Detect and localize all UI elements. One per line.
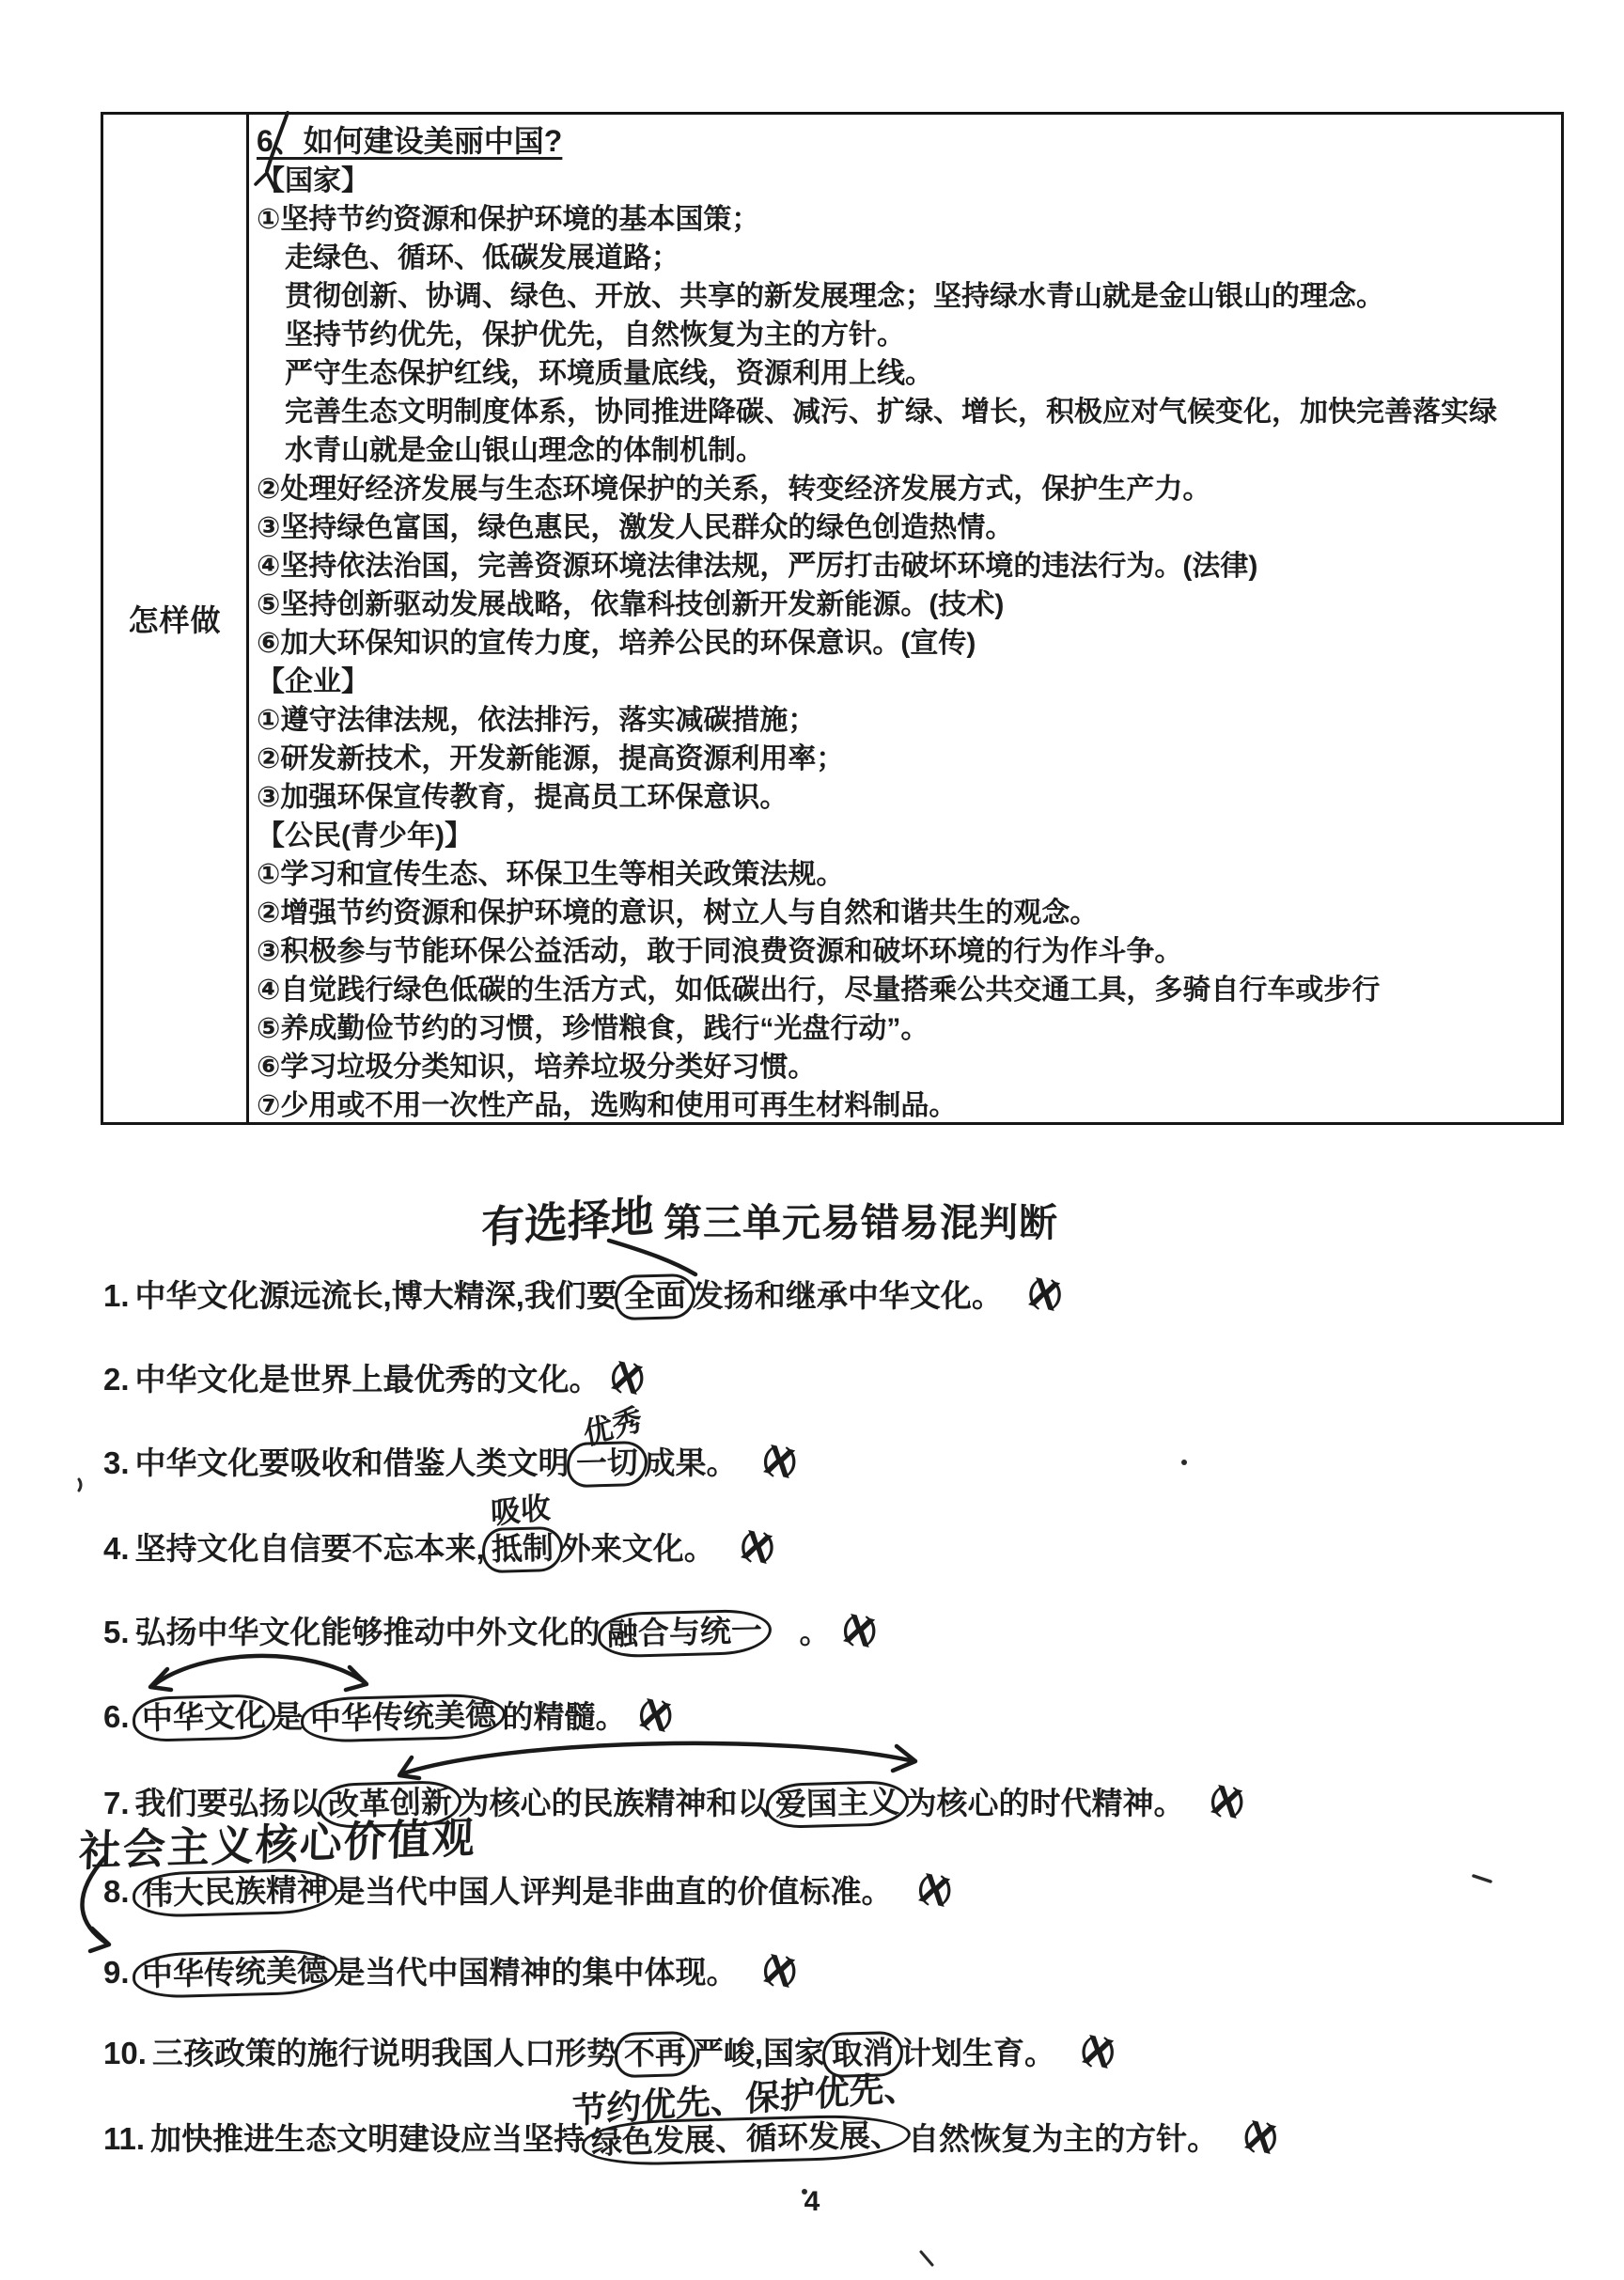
question-6: 6.中华文化是中华传统美德的精髓。（X） [103,1697,691,1737]
circled-word: 融合与统一 [597,1609,772,1659]
handwritten-x: X [1213,1799,1240,1805]
table-line: 【国家】 [257,162,1554,200]
table-line: 严守生态保护红线，环境质量底线，资源利用上线。 [257,354,1554,393]
handwritten-x: X [766,1459,792,1465]
judgment-section-heading: 有选择地 第三单元易错易混判断 [481,1192,1058,1250]
handwritten-x: X [846,1628,872,1634]
table-line: ②研发新技术，开发新能源，提高资源利用率； [257,740,1554,778]
question-8: 8.伟大民族精神是当代中国人评判是非曲直的价值标准。（X） [103,1872,970,1912]
handwritten-note: 有选择地 [481,1181,655,1256]
circled-word: 伟大民族精神 [132,1867,337,1918]
table-line: ⑤坚持创新驱动发展战略，依靠科技创新开发新能源。(技术) [257,586,1554,624]
handwritten-x: X [766,1968,792,1975]
study-notes-table: 怎样做 6、如何建设美丽中国? 【国家】 ①坚持节约资源和保护环境的基本国策； … [101,112,1564,1125]
table-line: ⑥加大环保知识的宣传力度，培养公民的环保意识。(宣传) [257,624,1554,663]
question-3: 3.中华文化要吸收和借鉴人类文明优秀一切成果。（X） [103,1444,815,1483]
handwritten-note-q8: 社会主义核心价值观 [78,1804,477,1879]
question-10: 10.三孩政策的施行说明我国人口形势不再严峻,国家取消计划生育。（X） [103,2034,1133,2073]
handwritten-x: X [743,1544,770,1551]
table-line: 完善生态文明制度体系，协同推进降碳、减污、扩绿、增长，积极应对气候变化，加快完善… [257,393,1554,431]
circled-word: 中华传统美德 [300,1693,506,1743]
table-line: ④坚持依法治国，完善资源环境法律法规，严厉打击破坏环境的违法行为。(法律) [257,547,1554,586]
table-line: 坚持节约优先，保护优先，自然恢复为主的方针。 [257,316,1554,354]
circled-word: 爱国主义 [765,1780,909,1829]
answer-mark: （X） [1078,2036,1133,2070]
row-label: 怎样做 [128,597,221,640]
answer-mark: （X） [738,1531,793,1566]
table-line: ①遵守法律法规，依法排污，落实减碳措施； [257,701,1554,740]
table-line: 水青山就是金山银山理念的体制机制。 [257,431,1554,470]
question-11: 11.加快推进生态文明建设应当坚持节约优先、保护优先、绿色发展、循环发展、自然恢… [103,2119,1296,2159]
handwritten-x: X [1084,2049,1110,2055]
row-label-cell: 怎样做 [103,115,249,1122]
question-5: 5.弘扬中华文化能够推动中外文化的融合与统一 。（X） [103,1613,895,1652]
table-line: ⑤养成勤俭节约的习惯，珍惜粮食，践行“光盘行动”。 [257,1009,1554,1048]
page-number: 4 [0,2186,1624,2218]
table-line: ③积极参与节能环保公益活动，敢于同浪费资源和破坏环境的行为作斗争。 [257,932,1554,971]
table-line: ①坚持节约资源和保护环境的基本国策； [257,200,1554,239]
answer-mark: （X） [760,1445,816,1480]
question-4: 4.坚持文化自信要不忘本来,吸收抵制外来文化。（X） [103,1529,793,1569]
answer-mark: （X） [760,1955,816,1990]
table-line: ③坚持绿色富国，绿色惠民，激发人民群众的绿色创造热情。 [257,508,1554,547]
question-1: 1.中华文化源远流长,博大精深,我们要全面发扬和继承中华文化。（X） [103,1276,1081,1316]
question-9: 9.中华传统美德是当代中国精神的集中体现。（X） [103,1953,815,1992]
table-line: 【公民(青少年)】 [257,817,1554,855]
table-line: ⑥学习垃圾分类知识，培养垃圾分类好习惯。 [257,1048,1554,1086]
circled-word: 中华文化 [132,1694,275,1742]
table-line: 走绿色、循环、低碳发展道路； [257,239,1554,277]
circled-word: 中华传统美德 [132,1948,337,1999]
answer-mark: （X） [1241,2121,1296,2156]
handwritten-x: X [642,1712,668,1719]
answer-mark: （X） [608,1362,664,1397]
table-line: 贯彻创新、协调、绿色、开放、共享的新发展理念；坚持绿水青山就是金山银山的理念。 [257,277,1554,316]
answer-mark: （X） [636,1699,692,1734]
answer-cell: 6、如何建设美丽中国? 【国家】 ①坚持节约资源和保护环境的基本国策； 走绿色、… [249,115,1561,1122]
answer-mark: （X） [840,1615,896,1649]
circled-word: 抵制 [481,1526,563,1573]
table-line: ②增强节约资源和保护环境的意识，树立人与自然和谐共生的观念。 [257,894,1554,932]
table-line: ①学习和宣传生态、环保卫生等相关政策法规。 [257,855,1554,894]
answer-mark: （X） [1025,1278,1081,1313]
answer-mark: （X） [1208,1786,1263,1820]
table-line: ⑦少用或不用一次性产品，选购和使用可再生材料制品。 [257,1086,1554,1122]
table-line: 【企业】 [257,663,1554,701]
handwritten-x: X [614,1375,640,1382]
table-line: ④自觉践行绿色低碳的生活方式，如低碳出行，尽量搭乘公共交通工具，多骑自行车或步行 [257,971,1554,1009]
handwritten-correction: 吸收 [490,1488,551,1532]
handwritten-x: X [1247,2134,1273,2141]
table-line: ③加强环保宣传教育，提高员工环保意识。 [257,778,1554,817]
handwritten-x: X [921,1887,947,1894]
answer-mark: （X） [915,1874,971,1909]
circled-word: 全面 [614,1273,695,1320]
circled-word: 不再 [614,2031,695,2078]
handwritten-x: X [1031,1291,1057,1298]
section-title: 第三单元易错易混判断 [664,1192,1058,1247]
question-title: 6、如何建设美丽中国? [257,120,1554,162]
circled-word: 一切 [566,1441,648,1488]
table-line: ②处理好经济发展与生态环境保护的关系，转变经济发展方式，保护生产力。 [257,470,1554,508]
question-2: 2.中华文化是世界上最优秀的文化。（X） [103,1360,663,1398]
